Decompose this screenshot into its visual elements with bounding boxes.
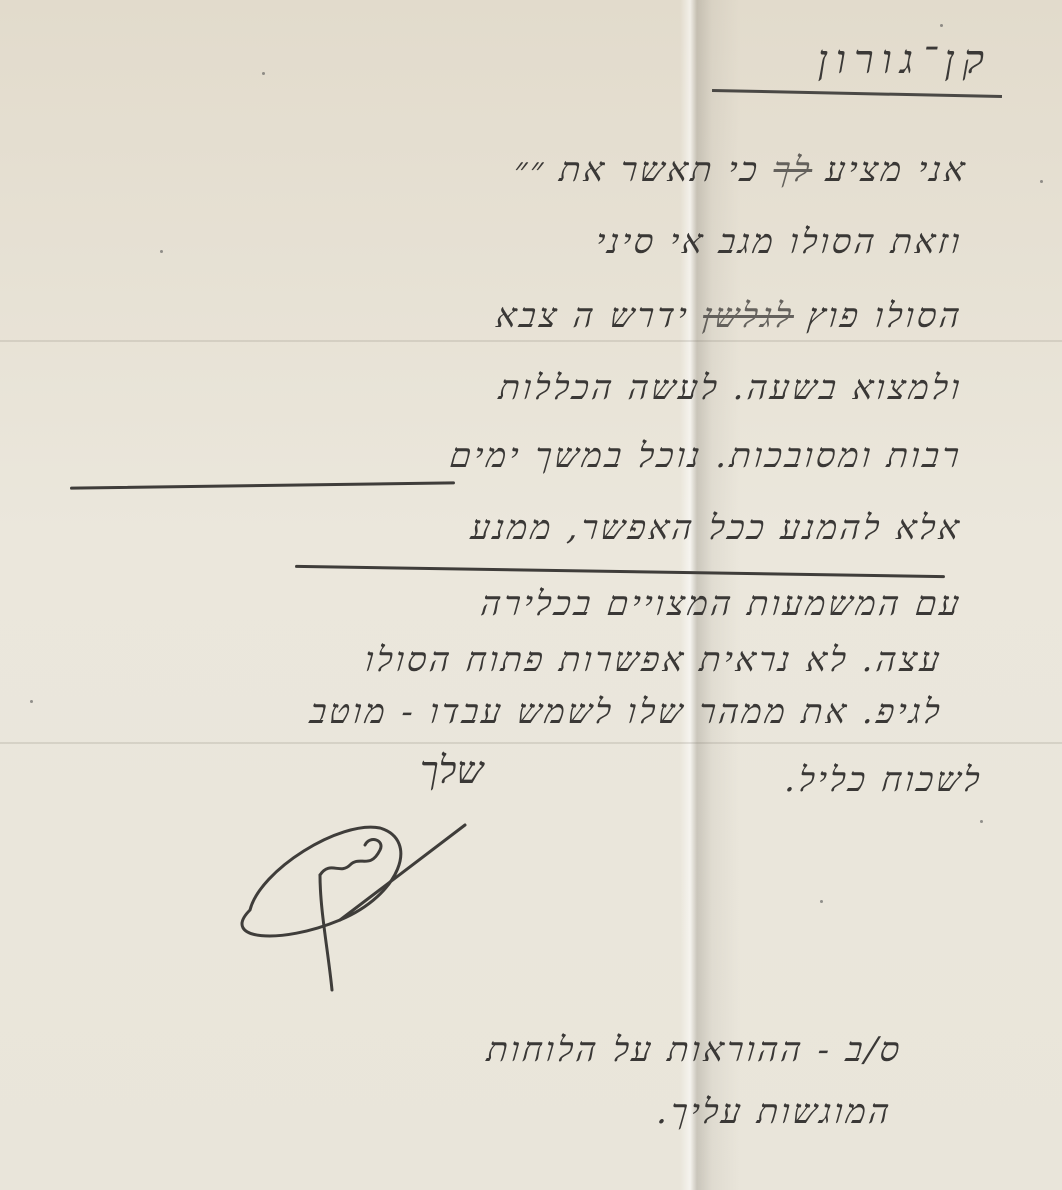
heading-underline bbox=[712, 89, 1002, 98]
ink-speck bbox=[262, 72, 265, 75]
line-text: עצה. לא נראית אפשרות פתוח הסולו bbox=[363, 640, 945, 680]
letter-line-4: ולמצוא בשעה. לעשה הכללות bbox=[496, 368, 964, 408]
ink-speck bbox=[980, 820, 983, 823]
paper-crease bbox=[0, 742, 1062, 744]
line-text: עם המשמעות המצויים בכלירה bbox=[479, 584, 964, 624]
ink-speck bbox=[820, 900, 823, 903]
line-text: ידרש ה צבא bbox=[493, 296, 691, 336]
letter-line-10: לשכוח כליל. bbox=[783, 760, 985, 800]
postscript-line-1: ס/ב - ההוראות על הלוחות bbox=[485, 1030, 904, 1070]
line-text: ולמצוא בשעה. לעשה הכללות bbox=[496, 368, 964, 408]
line-text: הסולו פוץ bbox=[805, 296, 964, 336]
line-text: אלא להמנע ככל האפשר, ממנע bbox=[469, 508, 964, 548]
ink-speck bbox=[160, 250, 163, 253]
letter-line-6: אלא להמנע ככל האפשר, ממנע bbox=[469, 508, 964, 548]
signature-scrawl-icon bbox=[220, 780, 520, 1000]
letter-line-9: לגיפ. את ממהר שלו לשמש עבדו - מוטב bbox=[307, 692, 944, 732]
signature bbox=[220, 780, 520, 1000]
line-text: לשכוח כליל. bbox=[783, 760, 985, 800]
line-text: וזאת הסולו מגב אי סיני bbox=[593, 222, 964, 262]
line-text: אני מציע bbox=[824, 150, 970, 190]
line-text: המוגשות עליך. bbox=[655, 1092, 894, 1132]
letter-line-2: וזאת הסולו מגב אי סיני bbox=[593, 222, 964, 262]
heading-text: קן־גורון bbox=[818, 36, 992, 83]
crossed-out-word: לך bbox=[771, 150, 814, 190]
letter-line-7: עם המשמעות המצויים בכלירה bbox=[479, 584, 964, 624]
letter-line-8: עצה. לא נראית אפשרות פתוח הסולו bbox=[363, 640, 945, 680]
line-text: רבות ומסובכות. נוכל במשך ימים bbox=[448, 436, 964, 476]
postscript-line-2: המוגשות עליך. bbox=[655, 1092, 894, 1132]
ink-speck bbox=[940, 24, 943, 27]
ink-speck bbox=[1040, 180, 1043, 183]
paper-crease bbox=[0, 340, 1062, 342]
line-text: כי תאשר את ״״ bbox=[512, 150, 762, 190]
letter-line-5: רבות ומסובכות. נוכל במשך ימים bbox=[448, 436, 964, 476]
line-text: לגיפ. את ממהר שלו לשמש עבדו - מוטב bbox=[307, 692, 944, 732]
crossed-out-word: לגלשן bbox=[701, 296, 796, 336]
line-text: ס/ב - ההוראות על הלוחות bbox=[485, 1030, 904, 1070]
letter-heading: קן־גורון bbox=[722, 12, 1022, 122]
letter-line-1: אני מציע לך כי תאשר את ״״ bbox=[512, 150, 970, 190]
ink-speck bbox=[30, 700, 33, 703]
letter-line-3: הסולו פוץ לגלשן ידרש ה צבא bbox=[493, 296, 964, 336]
